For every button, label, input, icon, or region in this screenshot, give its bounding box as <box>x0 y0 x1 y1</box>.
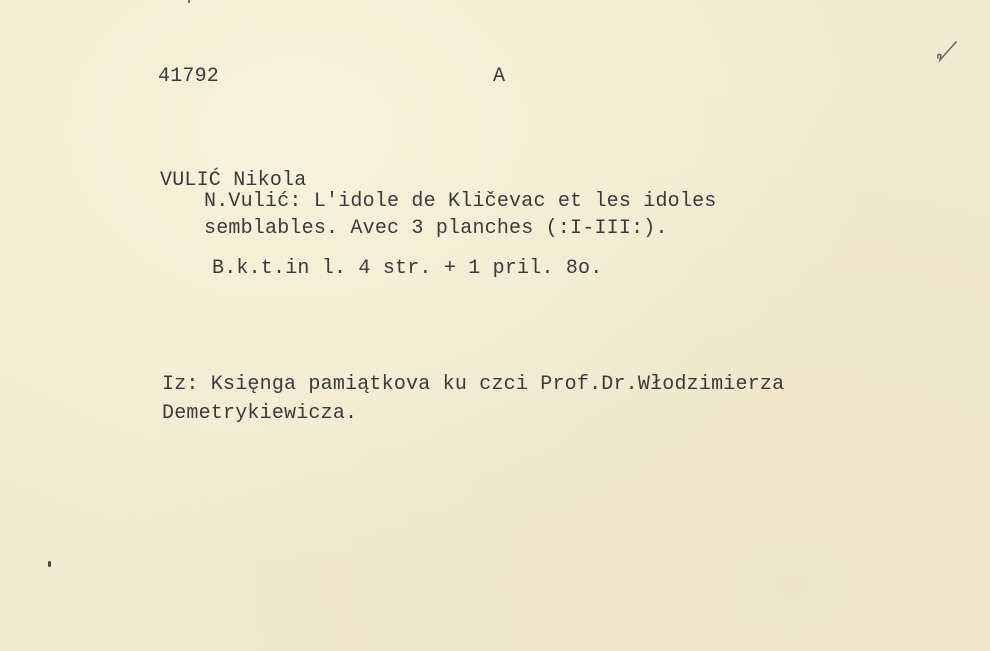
category-letter: A <box>493 66 505 88</box>
paper-speck <box>48 561 51 567</box>
title-line-1: N.Vulić: L'idole de Kličevac et les idol… <box>204 191 716 213</box>
author-heading: VULIĆ Nikola <box>160 170 306 192</box>
physical-description: B.k.t.in l. 4 str. + 1 pril. 8o. <box>212 258 602 280</box>
source-line-2: Demetrykiewicza. <box>162 403 357 425</box>
checkmark-icon <box>934 38 960 64</box>
accession-number: 41792 <box>158 66 219 88</box>
source-line-1: Iz: Księnga pamiątkova ku czci Prof.Dr.W… <box>162 374 784 396</box>
title-line-2: semblables. Avec 3 planches (:I-III:). <box>204 218 668 240</box>
catalog-card: 41792 A VULIĆ Nikola N.Vulić: L'idole de… <box>0 0 990 651</box>
paper-speck <box>188 0 190 3</box>
